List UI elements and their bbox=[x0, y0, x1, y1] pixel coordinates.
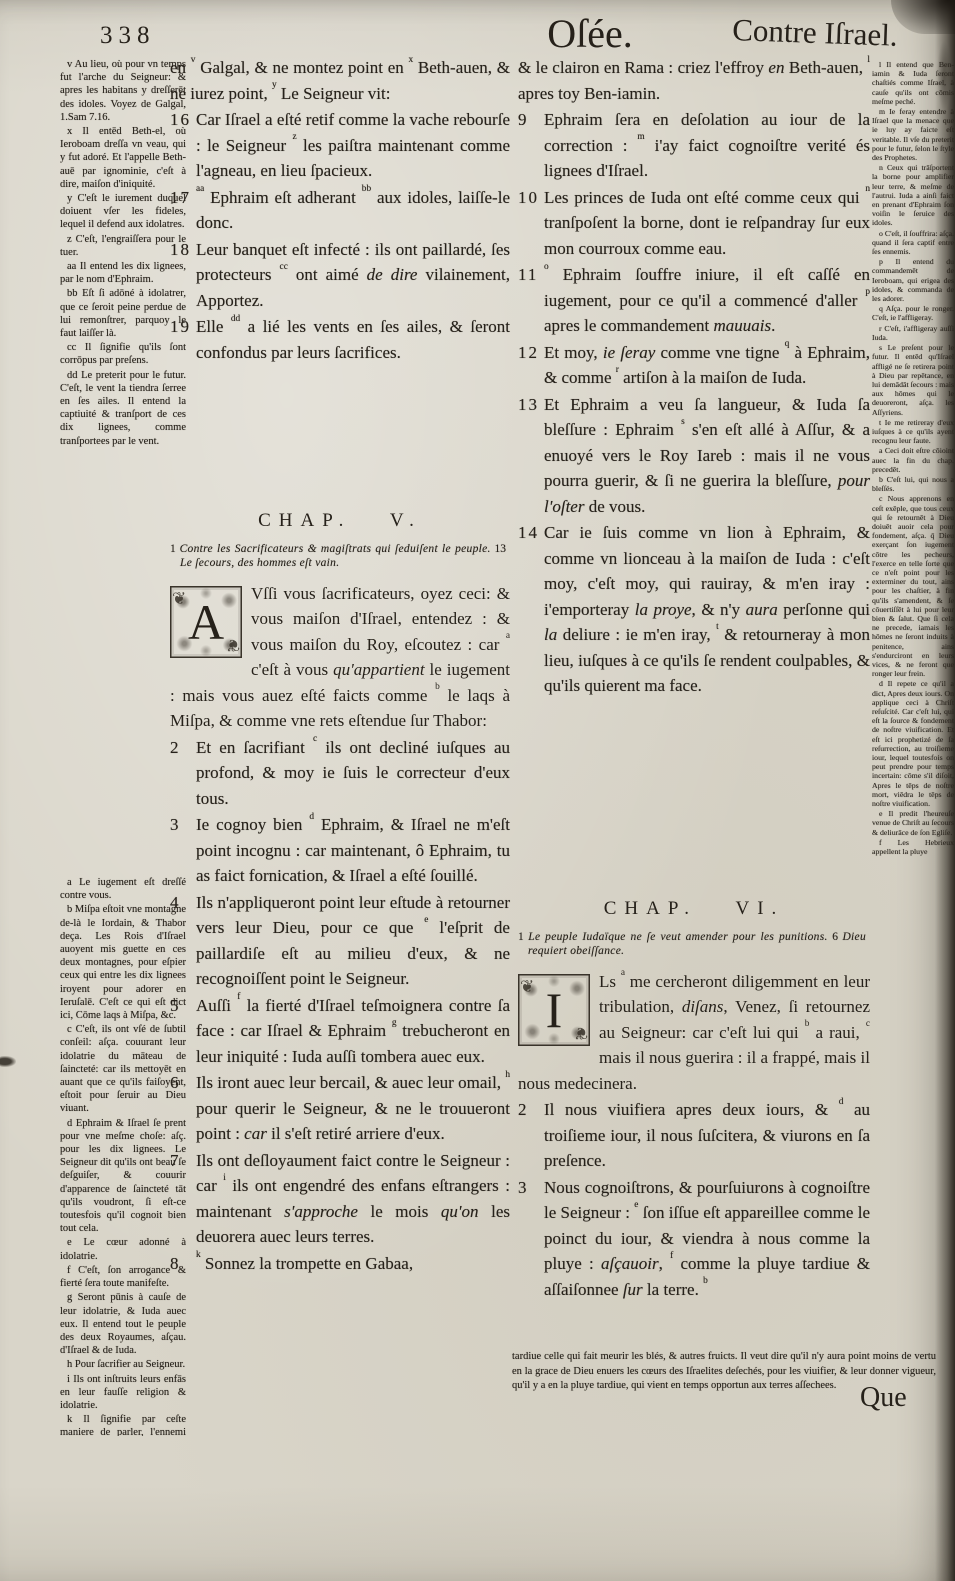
note-marker: i bbox=[223, 1173, 226, 1183]
verse-text: Et moy, ie ſeray comme vne tigne q à Eph… bbox=[544, 343, 870, 388]
margin-note: y C'eſt le iurement duquel doiuent vſer … bbox=[60, 192, 186, 232]
verse-number: 8 bbox=[170, 1251, 196, 1277]
left-margin-notes-top: v Au lieu, où pour vn temps fut l'arche … bbox=[60, 58, 186, 848]
margin-note: c Nous apprenons en ceſt exēple, que tou… bbox=[872, 494, 954, 678]
margin-note: b Miſpa eſtoit vne montagne de-là le Ior… bbox=[60, 903, 186, 1022]
note-marker: c bbox=[313, 734, 317, 744]
verse: 2Et en ſacrifiant c ils ont decliné iuſq… bbox=[170, 735, 510, 812]
chapter-6-argument: 1 Le peuple Iudaïque ne ſe veut amender … bbox=[518, 930, 870, 959]
note-marker: a bbox=[621, 968, 625, 978]
verse-text: Auſſi f la fierté d'Iſrael teſmoignera c… bbox=[196, 996, 510, 1066]
note-marker: g bbox=[392, 1018, 397, 1028]
verse-number: 9 bbox=[518, 107, 544, 133]
margin-note: dd Le preterit pour le futur. C'eſt, le … bbox=[60, 369, 186, 448]
verse-number: 2 bbox=[170, 735, 196, 761]
margin-note: v Au lieu, où pour vn temps fut l'arche … bbox=[60, 58, 186, 124]
note-marker: aa bbox=[196, 184, 204, 194]
verse-text: & le clairon en Rama : criez l'effroy en… bbox=[518, 58, 870, 103]
margin-note: h Pour ſacrifier au Seigneur. bbox=[60, 1358, 186, 1371]
margin-note: m Ie feray entendre à Iſrael que la mena… bbox=[872, 107, 954, 162]
chapter-5-argument: 1 Contre les Sacrificateurs & magiſtrats… bbox=[170, 542, 510, 571]
verse-number: 18 bbox=[170, 237, 196, 263]
verse-number: 14 bbox=[518, 520, 544, 546]
note-marker: e bbox=[424, 915, 428, 925]
margin-note: s Le preſent pour le futur. Il entēd qu'… bbox=[872, 343, 954, 417]
verse: AVſſi vous ſacrificateurs, oyez ceci: & … bbox=[170, 581, 510, 734]
chapter-6-verses: 2Il nous viuifiera apres deux iours, & d… bbox=[518, 1097, 870, 1302]
note-marker: dd bbox=[231, 314, 240, 324]
chapter-6-heading: CHAP. VI. bbox=[518, 896, 870, 922]
note-marker: z bbox=[293, 132, 297, 142]
left-column-text: en v Galgal, & ne montez point en x Beth… bbox=[170, 55, 510, 366]
margin-note: bb Eſt ſi adōné à idolatrer, que ce ſero… bbox=[60, 287, 186, 340]
verse-text: aa Ephraim eſt adherant bb aux idoles, l… bbox=[196, 188, 510, 233]
verse-text: o Ephraim ſouffre iniure, il eſt caſſé e… bbox=[544, 265, 870, 335]
margin-note: b C'eſt lui, qui nous a bleſſés. bbox=[872, 475, 954, 493]
verse-number: 3 bbox=[518, 1175, 544, 1201]
margin-note: f Les Hebrieux appellent la pluye bbox=[872, 838, 954, 856]
book-page: 338 Oſée. Contre Iſrael. v Au lieu, où p… bbox=[0, 0, 955, 1581]
note-marker: cc bbox=[280, 262, 288, 272]
page-number: 338 bbox=[100, 22, 156, 50]
margin-note: k Il ſignifie par ceſte maniere de parle… bbox=[60, 1413, 186, 1436]
note-marker: k bbox=[196, 1250, 201, 1260]
verse-number: 5 bbox=[170, 993, 196, 1019]
margin-note: t Ie me retireray d'eux iuſques à ce qu'… bbox=[872, 418, 954, 446]
margin-note: l Il entend que Ben-iamin & Iuda ſeront … bbox=[872, 60, 954, 106]
verse-text: Et Ephraim a veu ſa langueur, & Iuda ſa … bbox=[544, 395, 870, 516]
margin-note: d Ephraim & Iſrael ſe prent pour vne meſ… bbox=[60, 1117, 186, 1236]
verse-number: 13 bbox=[518, 392, 544, 418]
verse: 13Et Ephraim a veu ſa langueur, & Iuda ſ… bbox=[518, 392, 870, 520]
verse: 14Car ie ſuis comme vn lion à Ephraim, &… bbox=[518, 520, 870, 699]
verse-number: 17 bbox=[170, 185, 196, 211]
verse-text: Car ie ſuis comme vn lion à Ephraim, & c… bbox=[544, 523, 870, 695]
note-marker: a bbox=[506, 631, 510, 641]
margin-note: p Il entend du commandemēt de Ieroboam, … bbox=[872, 257, 954, 303]
note-marker: b bbox=[435, 682, 440, 692]
verse-number: 16 bbox=[170, 107, 196, 133]
note-marker: s bbox=[681, 417, 685, 427]
verse-text: Les princes de Iuda ont eſté comme ceux … bbox=[544, 188, 870, 258]
verse: 10Les princes de Iuda ont eſté comme ceu… bbox=[518, 185, 870, 262]
note-marker: d bbox=[839, 1097, 844, 1107]
verse: 6Ils iront auec leur bercail, & auec leu… bbox=[170, 1070, 510, 1147]
verse-text: Car Iſrael a eſté retif comme la vache r… bbox=[196, 110, 510, 180]
note-marker: f bbox=[237, 992, 240, 1002]
note-marker: l bbox=[867, 55, 870, 65]
verse-continuation: & le clairon en Rama : criez l'effroy en… bbox=[518, 55, 870, 106]
note-marker: b bbox=[703, 1276, 708, 1286]
verse: 3Nous cognoiſtrons, & pourſuiurons à cog… bbox=[518, 1175, 870, 1303]
verse-number: 12 bbox=[518, 340, 544, 366]
dropcap-letter: I bbox=[546, 985, 563, 1035]
scan-blotch-corner bbox=[891, 0, 955, 34]
verse-number: 10 bbox=[518, 185, 544, 211]
margin-note: a Ceci doit eſtre cōioint auec la fin du… bbox=[872, 446, 954, 474]
note-marker: m bbox=[637, 132, 644, 142]
margin-note: f C'eſt, ſon arrogance & fierté ſera tou… bbox=[60, 1264, 186, 1290]
verse: 16Car Iſrael a eſté retif comme la vache… bbox=[170, 107, 510, 184]
verse-text: k Sonnez la trompette en Gabaa, bbox=[196, 1254, 413, 1273]
verse-number: 4 bbox=[170, 890, 196, 916]
verse-text: Ils n'appliqueront point leur eſtude à r… bbox=[196, 893, 510, 989]
verse-text: Et en ſacrifiant c ils ont decliné iuſqu… bbox=[196, 738, 510, 808]
verse: 19Elle dd a lié les vents en ſes ailes, … bbox=[170, 314, 510, 365]
running-title: Oſée. bbox=[440, 10, 740, 57]
margin-note: o C'eſt, il ſouffrira: aſça. quand il ſe… bbox=[872, 229, 954, 257]
verse-number: 6 bbox=[170, 1070, 196, 1096]
note-marker: b bbox=[805, 1019, 810, 1029]
margin-note: n Ceux qui trāſportent la borne pour amp… bbox=[872, 163, 954, 227]
margin-note: d Il repete ce qu'il a dict, Apres deux … bbox=[872, 679, 954, 808]
margin-note: e Il predit l'heureuſe venue de Chriſt a… bbox=[872, 809, 954, 837]
verse-continuation: en v Galgal, & ne montez point en x Beth… bbox=[170, 55, 510, 106]
note-marker: q bbox=[785, 339, 790, 349]
note-marker: o bbox=[544, 262, 549, 272]
verse: 17aa Ephraim eſt adherant bb aux idoles,… bbox=[170, 185, 510, 236]
note-marker: bb bbox=[362, 184, 371, 194]
margin-note: aa Il entend les dix lignees, par le nom… bbox=[60, 260, 186, 286]
verse-number: 2 bbox=[518, 1097, 544, 1123]
note-marker: d bbox=[309, 812, 314, 822]
ink-smudge bbox=[0, 1056, 16, 1067]
verse-text: Ils iront auec leur bercail, & auec leur… bbox=[196, 1073, 510, 1143]
verse: 18Leur banquet eſt infecté : ils ont pai… bbox=[170, 237, 510, 314]
note-marker: c bbox=[866, 1019, 870, 1029]
note-marker: x bbox=[409, 55, 414, 65]
running-header-right: Contre Iſrael. bbox=[732, 12, 898, 54]
note-marker: r bbox=[616, 365, 619, 375]
verse: ILs a me cercheront diligemment en leur … bbox=[518, 969, 870, 1097]
margin-note: q Aſça. pour le ronger. C'eſt, ie l'affl… bbox=[872, 304, 954, 322]
verse: 5Auſſi f la fierté d'Iſrael teſmoignera … bbox=[170, 993, 510, 1070]
verse-text: Ephraim ſera en deſolation au iour de la… bbox=[544, 110, 870, 180]
verse-text: Leur banquet eſt infecté : ils ont paill… bbox=[196, 240, 510, 310]
margin-note: c C'eſt, ils ont vſé de ſubtil conſeil: … bbox=[60, 1023, 186, 1115]
verse-number: 11 bbox=[518, 262, 544, 288]
margin-note: r C'eſt, i'affligeray auſſi Iuda. bbox=[872, 324, 954, 342]
margin-note: x Il entēd Beth-el, où Ieroboam dreſſa v… bbox=[60, 125, 186, 191]
verse-number: 7 bbox=[170, 1148, 196, 1174]
note-marker: n bbox=[865, 184, 870, 194]
note-marker: v bbox=[191, 55, 196, 65]
chapter-5-section: CHAP. V. 1 Contre les Sacrificateurs & m… bbox=[170, 498, 510, 1277]
note-marker: f bbox=[670, 1251, 673, 1261]
chapter-5-heading: CHAP. V. bbox=[170, 508, 510, 534]
ornate-initial: I bbox=[518, 974, 590, 1046]
verse-text: Elle dd a lié les vents en ſes ailes, & … bbox=[196, 317, 510, 362]
verse-text: Il nous viuifiera apres deux iours, & d … bbox=[544, 1100, 870, 1170]
verse-text: Ils ont deſloyaument faict contre le Sei… bbox=[196, 1151, 510, 1247]
catchword: Que bbox=[860, 1382, 907, 1414]
verse: 2Il nous viuifiera apres deux iours, & d… bbox=[518, 1097, 870, 1174]
verse: 8k Sonnez la trompette en Gabaa, bbox=[170, 1251, 510, 1277]
margin-note: e Le cœur adonné à idolatrie. bbox=[60, 1236, 186, 1262]
verse: 4Ils n'appliqueront point leur eſtude à … bbox=[170, 890, 510, 992]
margin-note: g Seront pūnis à cauſe de leur idolatrie… bbox=[60, 1291, 186, 1357]
verse-text: Nous cognoiſtrons, & pourſuiurons à cogn… bbox=[544, 1178, 870, 1299]
note-marker: y bbox=[272, 80, 277, 90]
verse: 11o Ephraim ſouffre iniure, il eſt caſſé… bbox=[518, 262, 870, 339]
verse: 9Ephraim ſera en deſolation au iour de l… bbox=[518, 107, 870, 184]
verse: 7Ils ont deſloyaument faict contre le Se… bbox=[170, 1148, 510, 1250]
margin-note: i Ils ont inſtruits leurs enfās en leur … bbox=[60, 1373, 186, 1413]
margin-note: a Le iugement eſt dreſſé contre vous. bbox=[60, 876, 186, 902]
note-marker: p bbox=[865, 287, 870, 297]
chapter-6-section: CHAP. VI. 1 Le peuple Iudaïque ne ſe veu… bbox=[518, 886, 870, 1303]
right-column-text: & le clairon en Rama : criez l'effroy en… bbox=[518, 55, 870, 700]
ornate-initial: A bbox=[170, 586, 242, 658]
verse-text: Ie cognoy bien d Ephraim, & Iſrael ne m'… bbox=[196, 815, 510, 885]
margin-note: cc Il ſignifie qu'ils ſont corrōpus par … bbox=[60, 341, 186, 367]
chapter-5-verses: 2Et en ſacrifiant c ils ont decliné iuſq… bbox=[170, 735, 510, 1277]
verse-number: 3 bbox=[170, 812, 196, 838]
right-margin-notes: l Il entend que Ben-iamin & Iuda ſeront … bbox=[872, 60, 954, 1358]
note-marker: h bbox=[505, 1070, 510, 1080]
verse: 12Et moy, ie ſeray comme vne tigne q à E… bbox=[518, 340, 870, 391]
dropcap-letter: A bbox=[188, 597, 224, 647]
margin-note: z C'eſt, l'engraiſſera pour le tuer. bbox=[60, 233, 186, 259]
verse: 3Ie cognoy bien d Ephraim, & Iſrael ne m… bbox=[170, 812, 510, 889]
note-marker: e bbox=[634, 1200, 638, 1210]
verse-number: 19 bbox=[170, 314, 196, 340]
note-marker: t bbox=[716, 622, 719, 632]
verse-text: en v Galgal, & ne montez point en x Beth… bbox=[170, 58, 510, 103]
left-margin-notes-bottom: a Le iugement eſt dreſſé contre vous.b M… bbox=[60, 876, 186, 1436]
